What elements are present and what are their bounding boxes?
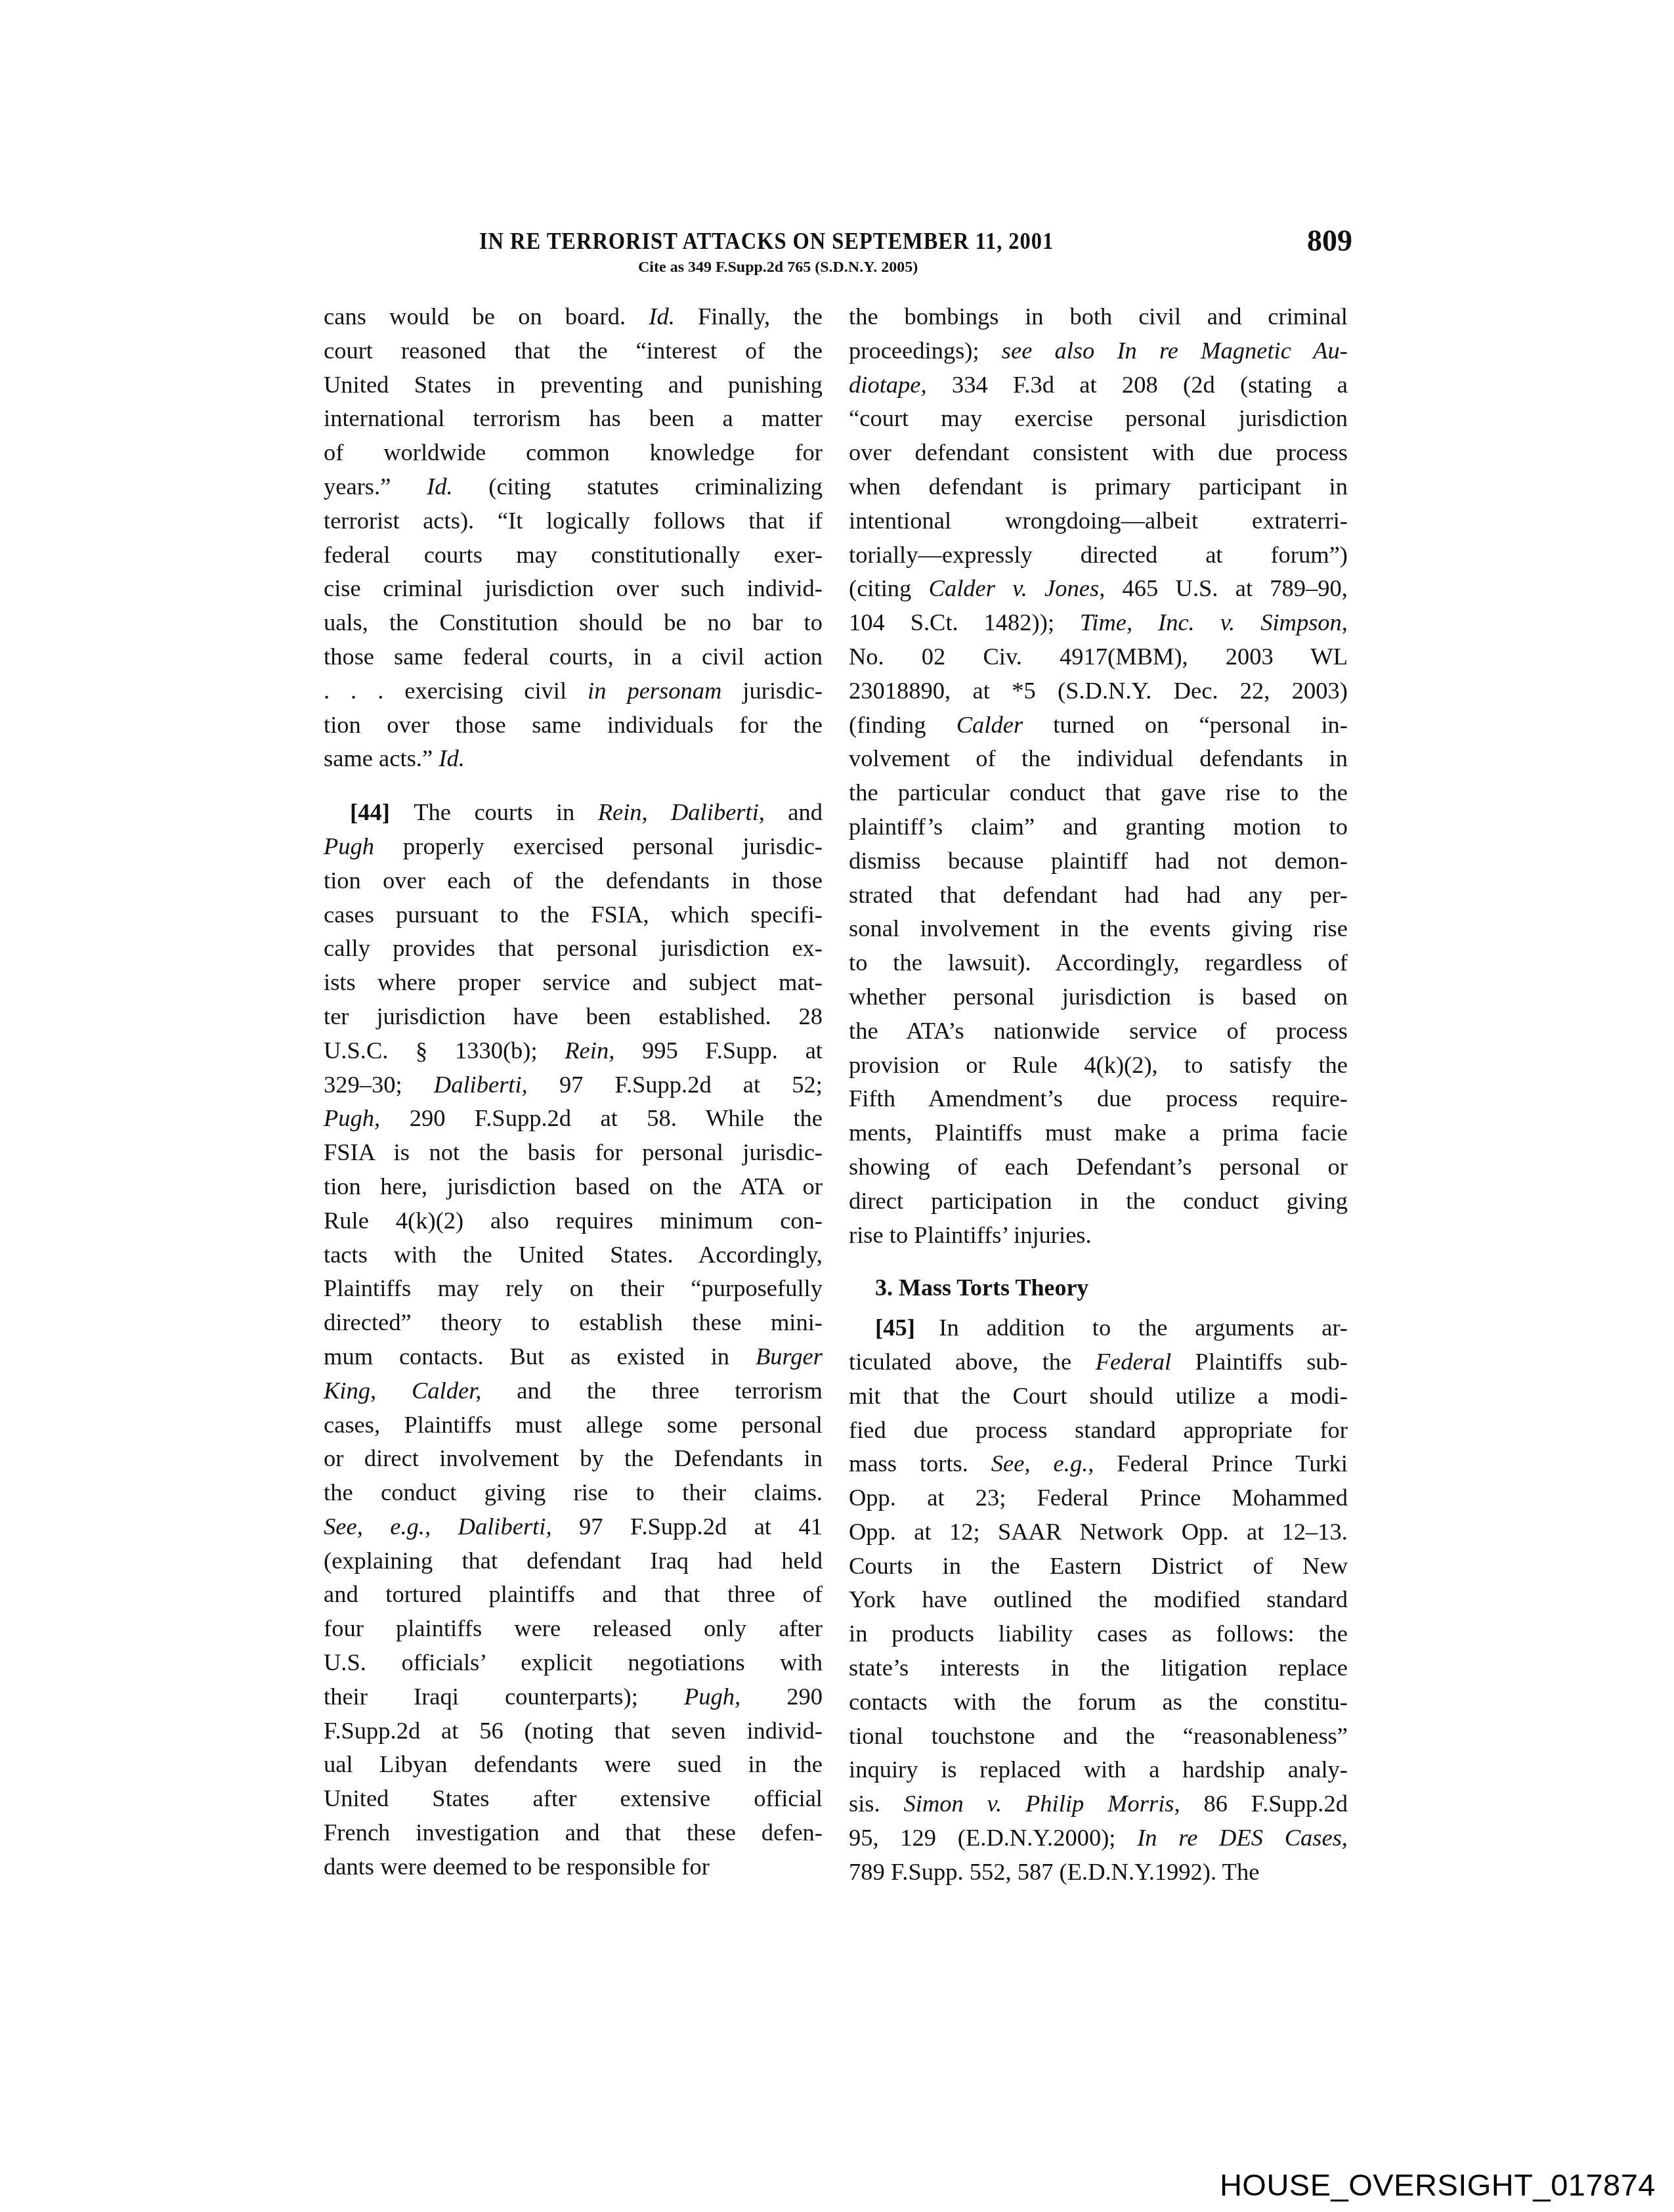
text-line: torially—expressly directed at forum”) xyxy=(849,538,1348,572)
text-line: ists where proper service and subject ma… xyxy=(324,965,823,999)
text-line: fied due process standard appropriate fo… xyxy=(849,1413,1348,1447)
text-line: same acts.” Id. xyxy=(324,741,823,775)
paragraph-44: [44] The courts in Rein, Daliberti, andP… xyxy=(324,795,823,1884)
text-line: U.S. officials’ explicit negotiations wi… xyxy=(324,1645,823,1680)
text-line: court reasoned that the “interest of the xyxy=(324,334,823,368)
text-line: Opp. at 12; SAAR Network Opp. at 12–13. xyxy=(849,1515,1348,1549)
text-line: [44] The courts in Rein, Daliberti, and xyxy=(324,795,823,829)
text-line: tion over those same individuals for the xyxy=(324,708,823,742)
text-line: . . . exercising civil in personam juris… xyxy=(324,674,823,708)
text-line: uals, the Constitution should be no bar … xyxy=(324,605,823,640)
text-line: showing of each Defendant’s personal or xyxy=(849,1150,1348,1184)
page-number: 809 xyxy=(1307,223,1352,258)
bates-number: HOUSE_OVERSIGHT_017874 xyxy=(1220,2167,1656,2203)
text-line: the bombings in both civil and criminal xyxy=(849,299,1348,334)
text-line: 329–30; Daliberti, 97 F.Supp.2d at 52; xyxy=(324,1068,823,1102)
text-line: York have outlined the modified standard xyxy=(849,1582,1348,1616)
text-line: Courts in the Eastern District of New xyxy=(849,1549,1348,1583)
text-line: and tortured plaintiffs and that three o… xyxy=(324,1577,823,1611)
running-title: IN RE TERRORIST ATTACKS ON SEPTEMBER 11,… xyxy=(479,228,1054,255)
text-line: cans would be on board. Id. Finally, the xyxy=(324,299,823,334)
text-line: mum contacts. But as existed in Burger xyxy=(324,1339,823,1374)
text-line: (explaining that defendant Iraq had held xyxy=(324,1544,823,1578)
text-line: volvement of the individual defendants i… xyxy=(849,741,1348,775)
text-line: Plaintiffs may rely on their “purposeful… xyxy=(324,1271,823,1305)
text-line: the ATA’s nationwide service of process xyxy=(849,1014,1348,1048)
text-line: plaintiff’s claim” and granting motion t… xyxy=(849,810,1348,844)
paragraph-continued: the bombings in both civil and criminalp… xyxy=(849,299,1348,1251)
text-line: ticulated above, the Federal Plaintiffs … xyxy=(849,1345,1348,1379)
text-line: intentional wrongdoing—albeit extraterri… xyxy=(849,504,1348,538)
text-line: “court may exercise personal jurisdictio… xyxy=(849,401,1348,435)
text-line: contacts with the forum as the constitu- xyxy=(849,1685,1348,1719)
text-line: dismiss because plaintiff had not demon- xyxy=(849,844,1348,878)
text-line: Rule 4(k)(2) also requires minimum con- xyxy=(324,1204,823,1238)
text-line: the conduct giving rise to their claims. xyxy=(324,1475,823,1509)
text-line: Pugh, 290 F.Supp.2d at 58. While the xyxy=(324,1101,823,1135)
text-line: state’s interests in the litigation repl… xyxy=(849,1651,1348,1685)
text-line: the particular conduct that gave rise to… xyxy=(849,775,1348,810)
text-line: United States after extensive official xyxy=(324,1781,823,1815)
text-line: (finding Calder turned on “personal in- xyxy=(849,708,1348,742)
text-line: directed” theory to establish these mini… xyxy=(324,1305,823,1339)
text-line: terrorist acts). “It logically follows t… xyxy=(324,504,823,538)
text-line: those same federal courts, in a civil ac… xyxy=(324,640,823,674)
text-line: French investigation and that these defe… xyxy=(324,1815,823,1850)
text-line: (citing Calder v. Jones, 465 U.S. at 789… xyxy=(849,571,1348,605)
text-line: their Iraqi counterparts); Pugh, 290 xyxy=(324,1680,823,1714)
text-line: cally provides that personal jurisdictio… xyxy=(324,931,823,965)
text-line: when defendant is primary participant in xyxy=(849,469,1348,504)
left-column: cans would be on board. Id. Finally, the… xyxy=(324,299,823,1884)
text-line: mit that the Court should utilize a modi… xyxy=(849,1379,1348,1413)
text-line: ual Libyan defendants were sued in the xyxy=(324,1747,823,1781)
text-line: King, Calder, and the three terrorism xyxy=(324,1374,823,1408)
headnote-number: [45] xyxy=(875,1314,915,1341)
text-line: tion over each of the defendants in thos… xyxy=(324,863,823,898)
text-line: Opp. at 23; Federal Prince Mohammed xyxy=(849,1481,1348,1515)
text-line: cise criminal jurisdiction over such ind… xyxy=(324,571,823,605)
text-line: 789 F.Supp. 552, 587 (E.D.N.Y.1992). The xyxy=(849,1855,1348,1889)
text-line: whether personal jurisdiction is based o… xyxy=(849,980,1348,1014)
text-line: federal courts may constitutionally exer… xyxy=(324,538,823,572)
text-line: mass torts. See, e.g., Federal Prince Tu… xyxy=(849,1446,1348,1481)
text-line: to the lawsuit). Accordingly, regardless… xyxy=(849,945,1348,980)
text-line: cases pursuant to the FSIA, which specif… xyxy=(324,898,823,932)
text-line: diotape, 334 F.3d at 208 (2d (stating a xyxy=(849,368,1348,402)
text-line: over defendant consistent with due proce… xyxy=(849,435,1348,469)
section-heading: 3. Mass Torts Theory xyxy=(849,1271,1348,1305)
text-line: years.” Id. (citing statutes criminalizi… xyxy=(324,469,823,504)
text-line: sis. Simon v. Philip Morris, 86 F.Supp.2… xyxy=(849,1787,1348,1821)
headnote-number: [44] xyxy=(350,798,390,825)
text-line: 104 S.Ct. 1482)); Time, Inc. v. Simpson, xyxy=(849,605,1348,640)
text-line: No. 02 Civ. 4917(MBM), 2003 WL xyxy=(849,640,1348,674)
text-line: Fifth Amendment’s due process require- xyxy=(849,1081,1348,1116)
text-line: 95, 129 (E.D.N.Y.2000); In re DES Cases, xyxy=(849,1821,1348,1855)
text-line: proceedings); see also In re Magnetic Au… xyxy=(849,334,1348,368)
text-line: ments, Plaintiffs must make a prima faci… xyxy=(849,1116,1348,1150)
running-head: IN RE TERRORIST ATTACKS ON SEPTEMBER 11,… xyxy=(315,228,1352,294)
text-line: United States in preventing and punishin… xyxy=(324,368,823,402)
text-line: tacts with the United States. Accordingl… xyxy=(324,1238,823,1272)
text-line: four plaintiffs were released only after xyxy=(324,1611,823,1645)
text-line: See, e.g., Daliberti, 97 F.Supp.2d at 41 xyxy=(324,1509,823,1544)
text-line: tional touchstone and the “reasonablenes… xyxy=(849,1719,1348,1753)
text-line: inquiry is replaced with a hardship anal… xyxy=(849,1752,1348,1787)
text-line: sonal involvement in the events giving r… xyxy=(849,911,1348,945)
text-line: [45] In addition to the arguments ar- xyxy=(849,1311,1348,1345)
text-line: rise to Plaintiffs’ injuries. xyxy=(849,1218,1348,1252)
text-line: dants were deemed to be responsible for xyxy=(324,1850,823,1884)
text-line: or direct involvement by the Defendants … xyxy=(324,1441,823,1475)
text-line: ter jurisdiction have been established. … xyxy=(324,999,823,1033)
text-line: FSIA is not the basis for personal juris… xyxy=(324,1135,823,1169)
text-line: provision or Rule 4(k)(2), to satisfy th… xyxy=(849,1048,1348,1082)
paragraph-continued: cans would be on board. Id. Finally, the… xyxy=(324,299,823,775)
citation-line: Cite as 349 F.Supp.2d 765 (S.D.N.Y. 2005… xyxy=(638,259,918,276)
right-column: the bombings in both civil and criminalp… xyxy=(849,299,1348,1889)
text-line: Pugh properly exercised personal jurisdi… xyxy=(324,829,823,863)
text-line: direct participation in the conduct givi… xyxy=(849,1184,1348,1218)
text-line: 23018890, at *5 (S.D.N.Y. Dec. 22, 2003) xyxy=(849,674,1348,708)
text-line: F.Supp.2d at 56 (noting that seven indiv… xyxy=(324,1714,823,1748)
text-line: tion here, jurisdiction based on the ATA… xyxy=(324,1169,823,1204)
text-line: international terrorism has been a matte… xyxy=(324,401,823,435)
text-line: in products liability cases as follows: … xyxy=(849,1616,1348,1651)
text-line: cases, Plaintiffs must allege some perso… xyxy=(324,1408,823,1442)
text-line: U.S.C. § 1330(b); Rein, 995 F.Supp. at xyxy=(324,1033,823,1068)
text-line: of worldwide common knowledge for xyxy=(324,435,823,469)
paragraph-45: [45] In addition to the arguments ar-tic… xyxy=(849,1311,1348,1889)
text-line: strated that defendant had had any per- xyxy=(849,878,1348,912)
